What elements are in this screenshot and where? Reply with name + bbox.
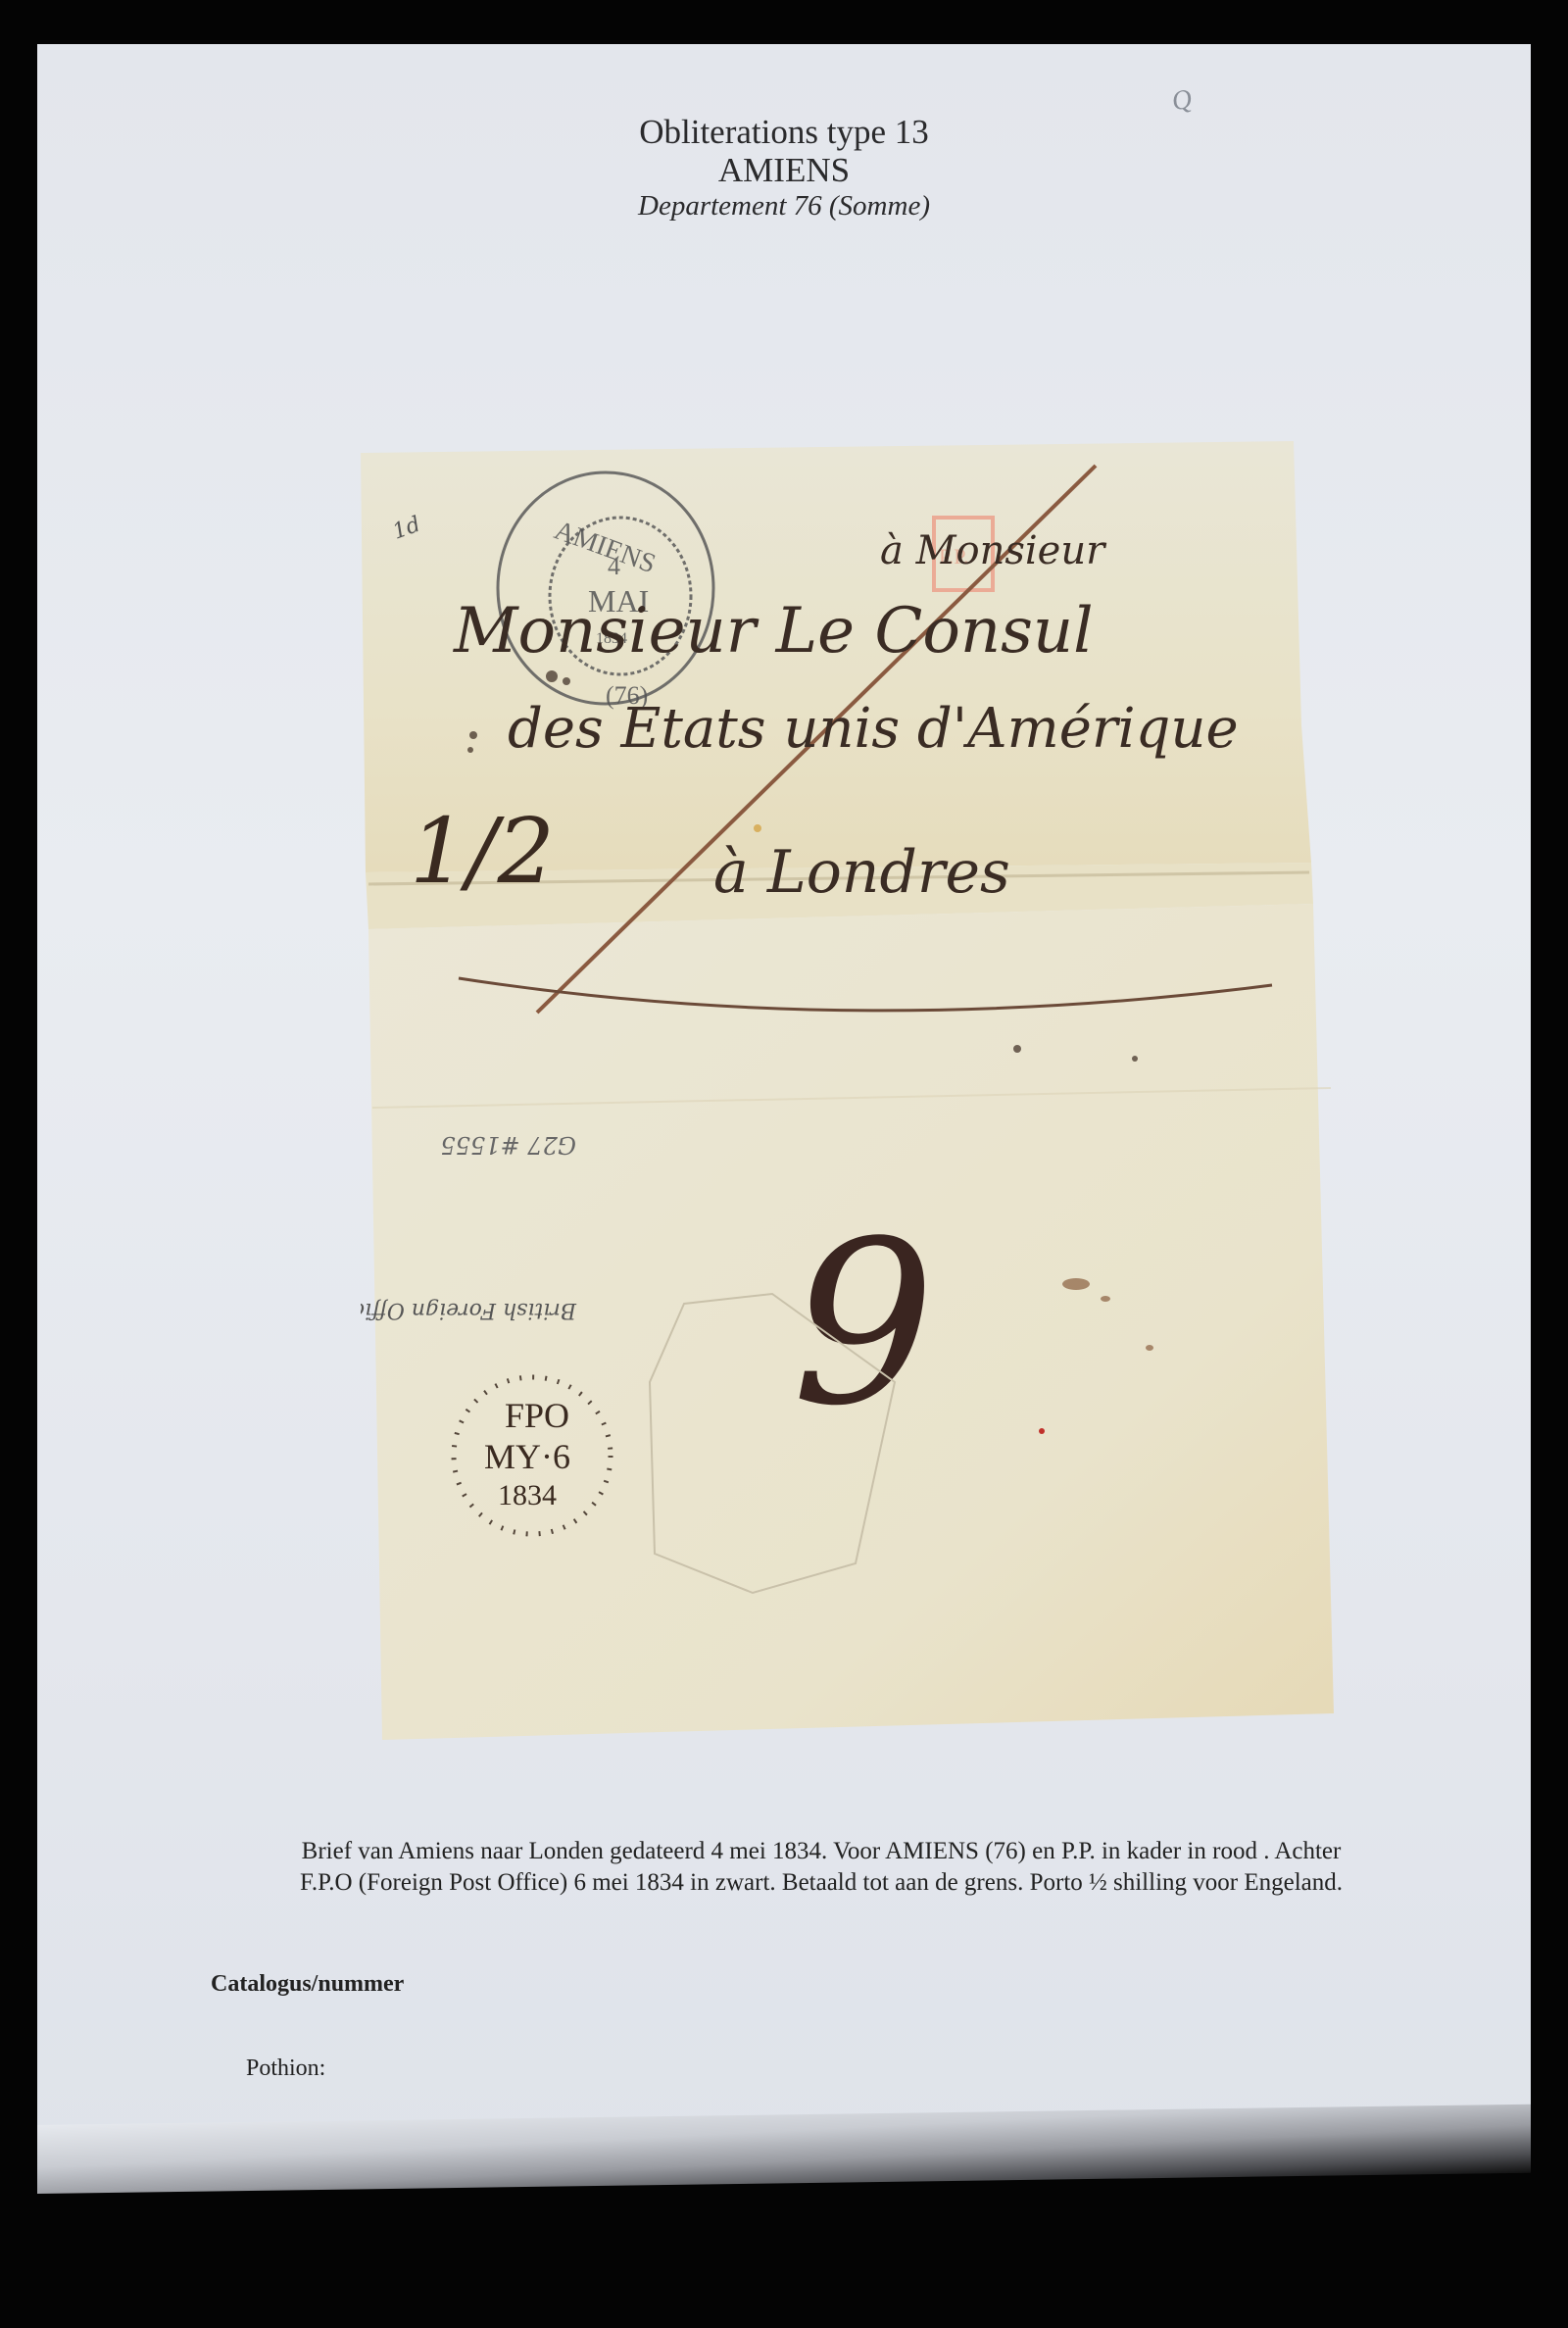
svg-text:à Monsieur: à Monsieur: [880, 528, 1107, 573]
department-subtitle: Departement 76 (Somme): [37, 189, 1531, 223]
letter-illustration: AMIENS 4 MAI 1834 (76) P.P. à Monsieur M…: [361, 441, 1336, 1740]
caption-line-1: Brief van Amiens naar Londen gedateerd 4…: [214, 1836, 1429, 1867]
svg-text:1834: 1834: [498, 1479, 557, 1511]
rate-mark-half: 1/2: [410, 799, 555, 904]
svg-text:à Londres: à Londres: [713, 838, 1010, 907]
svg-text:Monsieur Le Consul: Monsieur Le Consul: [453, 595, 1094, 668]
catalog-row-pothion: Pothion:: [211, 2021, 405, 2115]
page-title: Obliterations type 13: [37, 113, 1531, 152]
caption-line-2: F.P.O (Foreign Post Office) 6 mei 1834 i…: [214, 1867, 1429, 1899]
catalog-label: Pothion:: [246, 2056, 325, 2081]
city-name: AMIENS: [37, 152, 1531, 189]
svg-text:FPO: FPO: [505, 1396, 569, 1435]
album-page: Obliterations type 13 AMIENS Departement…: [37, 44, 1531, 2152]
verso-manuscript-note: British Foreign Office: [361, 1298, 577, 1322]
catalog-title: Catalogus/nummer: [211, 1971, 405, 1998]
svg-text:MY·6: MY·6: [484, 1437, 570, 1476]
charge-mark-nine: 9: [792, 1194, 935, 1456]
svg-text:des Etats unis d'Amérique: des Etats unis d'Amérique: [508, 697, 1239, 761]
verso-pencil-number: G27 #1555: [440, 1131, 576, 1159]
page-header: Obliterations type 13 AMIENS Departement…: [37, 113, 1531, 223]
cover-letter-image: AMIENS 4 MAI 1834 (76) P.P. à Monsieur M…: [361, 441, 1336, 1740]
svg-text:4: 4: [608, 552, 620, 580]
description-caption: Brief van Amiens naar Londen gedateerd 4…: [214, 1836, 1429, 1899]
